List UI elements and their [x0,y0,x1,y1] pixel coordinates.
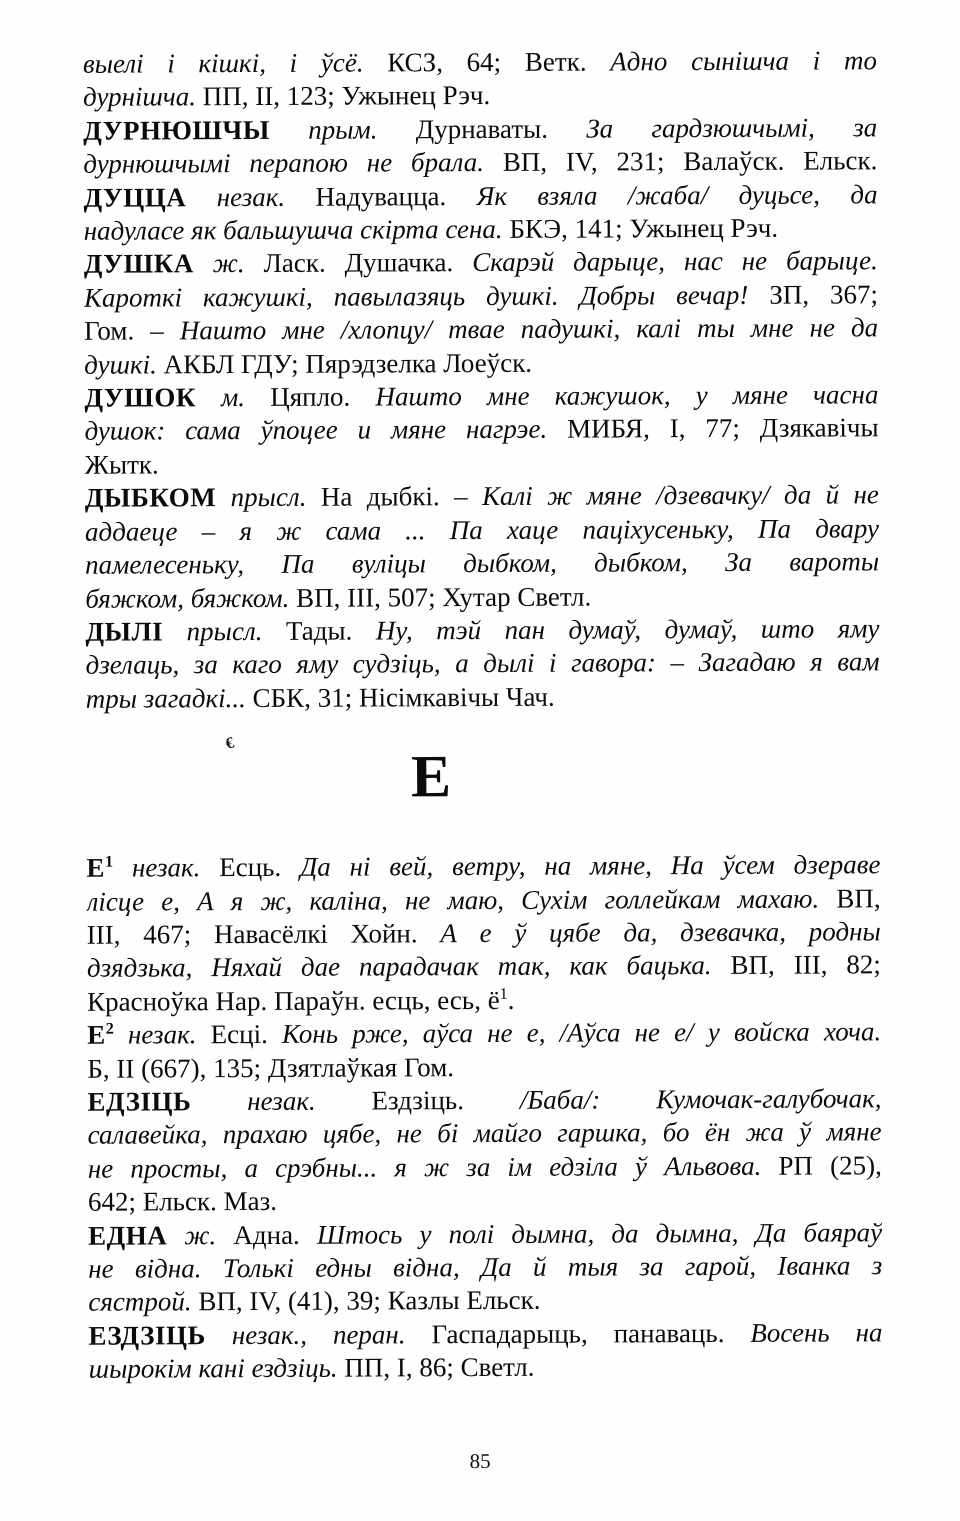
text-segment: Да ні вей, ветру, на мяне, На ўсем дзера… [300,849,881,882]
text-segment: ВП, III, 82; [711,950,880,981]
text-line: ДЫЛІ прысл. Тады. Ну, тэй пан думаў, дум… [85,612,879,649]
text-line: ДУРНЮШЧЫ прым. Дурнаваты. За гардзюшчымі… [83,111,877,148]
text-segment: аддаеце – я ж сама ... Па хаце паціхусен… [85,513,879,546]
text-segment: Б, II (667), 135; Дзятлаўкая Гом. [87,1052,454,1084]
text-line: ЕЗДЗІЦЬ незак., перан. Гаспадарыць, пана… [88,1316,882,1353]
text-segment: Красноўка Нар. Параўн. есць, есь, ё [87,985,500,1017]
text-segment: ДУРНЮШЧЫ [83,115,270,146]
text-segment: лісце е, А я ж, каліна, не маю, Сухім го… [87,883,820,916]
text-segment: незак., перан. [232,1319,406,1350]
text-segment: тры загадкі... [86,683,246,714]
text-line: ДУШКА ж. Ласк. Душачка. Скарэй дарыце, н… [84,245,878,282]
text-line: Кароткі кажушкі, павылазяць душкі. Добры… [84,278,878,315]
text-segment: бяжком, бяжком. [85,582,289,613]
text-segment: Нашто мне кажушок, у мяне часна [375,379,878,411]
text-segment: м. [221,382,245,412]
text-line: ЕДЗІЦЬ незак. Ездзіць. /Баба/: Кумочак-г… [87,1082,881,1119]
text-line: ДУШОК м. Цяпло. Нашто мне кажушок, у мян… [84,378,878,415]
text-segment: – Нашто мне /хлопцу/ твае падушкі, калі … [150,313,878,346]
text-line: надуласе як бальшушча скірта сена. БКЭ, … [84,211,878,248]
text-segment: Штось у полі дымна, да дымна, Да баяраў [317,1217,882,1249]
text-segment: На дыбкі. [306,481,454,512]
text-line: лісце е, А я ж, каліна, не маю, Сухім го… [87,882,881,919]
text-segment: салавейка, прахаю цябе, не бі майго гарш… [88,1117,882,1150]
text-line: тры загадкі... СБК, 31; Нісімкавічы Чач. [86,679,880,716]
text-segment: ж. [213,248,245,278]
text-segment [186,182,217,212]
text-segment: Есць. [200,852,300,882]
text-segment: ДУЦЦА [83,182,186,212]
dictionary-text-top: выелі і кішкі, і ўсё. КСЗ, 64; Ветк. Адн… [83,44,880,716]
text-line: дурнішча. ПП, II, 123; Ужынец Рэч. [83,78,877,115]
text-segment: Цяпло. [245,382,376,413]
text-segment: Скарэй дарыце, нас не барыце. [472,246,878,278]
text-segment: Адно сынішча і то [610,45,877,76]
text-line: аддаеце – я ж сама ... Па хаце паціхусен… [85,512,879,549]
text-segment: Конь рже, аўса не е, /Аўса не е/ у войск… [282,1016,881,1049]
text-segment: Ну, тэй пан думаў, думаў, што яму [376,613,880,645]
text-segment: ДУШКА [84,249,194,279]
text-line: бяжком, бяжком. ВП, III, 507; Хутар Свет… [85,579,879,616]
text-segment: Кароткі кажушкі, павылазяць душкі. Добры… [84,280,749,313]
text-line: салавейка, прахаю цябе, не бі майго гарш… [88,1116,882,1153]
text-segment: . [508,985,515,1015]
text-segment: /Баба/: Кумочак-галубочак, [520,1083,882,1115]
text-segment: Ездзіць. [316,1085,520,1116]
text-segment: 1 [500,985,508,1003]
text-segment: дурнюшчымі перапою не брала. [83,147,484,179]
text-segment: незак. [247,1086,316,1116]
text-segment: дзелаць, за каго яму судзіць, а дылі і г… [86,647,880,680]
page-content: выелі і кішкі, і ўсё. КСЗ, 64; Ветк. Адн… [83,44,883,1475]
text-segment [216,482,231,512]
text-segment: РП (25), [761,1150,882,1181]
text-line: не просты, а срэбны... я ж за ім едзіла … [88,1149,882,1186]
section-letter-heading: Е [34,745,828,808]
text-segment: ж. [184,1220,216,1250]
text-segment: душок: сама ўпоцее и мяне нагрэе. [84,414,547,446]
text-segment: прысл. [231,482,307,512]
text-segment: Дурнаваты. [377,113,586,144]
text-segment: МИБЯ, I, 77; Дзякавічы [547,413,879,444]
text-segment: ДУШОК [84,382,196,412]
text-segment: БКЭ, 141; Ужынец Рэч. [503,213,779,244]
text-segment: Восень на [750,1317,882,1348]
text-segment: ВП, IV, (41), 39; Казлы Ельск. [192,1285,541,1317]
text-line: ЕДНА ж. Адна. Штось у полі дымна, да дым… [88,1216,882,1253]
text-segment: III, 467; Навасёлкі Хойн. [87,918,441,950]
scanned-page: выелі і кішкі, і ўсё. КСЗ, 64; Ветк. Адн… [0,0,960,1521]
text-segment [167,1220,184,1250]
text-segment: сястрой. [88,1287,191,1317]
text-segment [163,616,187,646]
text-segment [206,1320,232,1350]
text-segment [194,249,213,279]
text-line: Красноўка Нар. Параўн. есць, есь, ё1. [87,982,881,1019]
text-segment: ЕДЗІЦЬ [87,1086,191,1116]
dictionary-text-bottom: Е1 незак. Есць. Да ні вей, ветру, на мян… [86,848,882,1386]
text-line: дзелаць, за каго яму судзіць, а дылі і г… [86,646,880,683]
text-segment: памелесеньку, Па вуліцы дыбком, дыбком, … [85,546,879,579]
text-segment: 642; Ельск. Маз. [88,1186,277,1217]
text-line: Е1 незак. Есць. Да ні вей, ветру, на мян… [86,848,880,885]
text-segment: Адна. [216,1219,317,1249]
text-segment: КСЗ, 64; Ветк. [364,46,611,77]
text-segment: прым. [308,114,377,144]
text-segment: ПП, II, 123; Ужынец Рэч. [196,80,490,111]
text-line: Жытк. [85,445,879,482]
text-segment [113,853,132,883]
text-line: сястрой. ВП, IV, (41), 39; Казлы Ельск. [88,1283,882,1320]
text-segment: ВП, [819,883,881,913]
section-break: € Е [86,712,881,851]
text-line: шырокім кані ездзіць. ПП, I, 86; Светл. [89,1349,883,1386]
text-segment: душкі. [84,349,157,379]
text-segment: За гардзюшчымі, за [586,112,877,143]
text-segment: Жытк. [85,449,159,479]
text-segment: ВП, III, 507; Хутар Светл. [289,581,591,612]
text-segment: прысл. [187,616,263,646]
text-segment: незак. [128,1019,197,1049]
text-segment: Гаспадарыць, панаваць. [405,1318,750,1350]
text-line: Б, II (667), 135; Дзятлаўкая Гом. [87,1049,881,1086]
text-segment: 2 [106,1020,114,1038]
text-segment: не просты, а срэбны... я ж за ім едзіла … [88,1151,762,1184]
text-segment: Тады. [262,615,376,645]
text-line: III, 467; Навасёлкі Хойн. А е ў цябе да,… [87,915,881,952]
page-number: 85 [83,1447,877,1475]
text-segment: не відна. Толькі едны відна, Да й тыя за… [88,1250,882,1283]
text-segment: А е ў цябе да, дзевачка, родны [440,916,881,948]
text-line: Е2 незак. Есці. Конь рже, аўса не е, /Аў… [87,1015,881,1052]
text-segment: – Калі ж мяне /дзевачку/ да й не [454,480,879,512]
text-segment: выелі і кішкі, і ўсё. [83,48,364,79]
text-segment: дзядзька, Няхай дае парадачак так, как б… [87,950,712,983]
text-segment: Е [87,1020,106,1050]
text-segment: незак. [217,181,286,211]
text-segment: шырокім кані ездзіць. [89,1353,338,1384]
text-segment: 1 [105,853,113,871]
text-segment [114,1020,128,1050]
text-line: душкі. АКБЛ ГДУ; Пярэдзелка Лоеўск. [84,345,878,382]
text-line: не відна. Толькі едны відна, Да й тыя за… [88,1249,882,1286]
text-line: ДЫБКОМ прысл. На дыбкі. – Калі ж мяне /д… [85,479,879,516]
text-line: дурнюшчымі перапою не брала. ВП, IV, 231… [83,144,877,181]
text-line: памелесеньку, Па вуліцы дыбком, дыбком, … [85,545,879,582]
text-segment: АКБЛ ГДУ; Пярэдзелка Лоеўск. [157,347,532,379]
text-segment: Гом. [84,316,150,346]
text-segment [196,382,221,412]
text-segment: ЗП, 367; [748,279,878,310]
text-line: 642; Ельск. Маз. [88,1182,882,1219]
text-segment: ПП, I, 86; Светл. [338,1352,535,1383]
text-segment: ДЫБКОМ [85,482,216,513]
text-segment: Ласк. Душачка. [245,247,473,278]
text-line: душок: сама ўпоцее и мяне нагрэе. МИБЯ, … [84,412,878,449]
text-line: дзядзька, Няхай дае парадачак так, как б… [87,949,881,986]
text-line: выелі і кішкі, і ўсё. КСЗ, 64; Ветк. Адн… [83,44,877,81]
text-segment: Як взяла /жаба/ дуцьсе, да [477,179,878,211]
text-segment: Есці. [196,1019,282,1049]
text-segment: СБК, 31; Нісімкавічы Чач. [246,681,555,712]
text-segment [270,115,308,145]
text-line: ДУЦЦА незак. Надувацца. Як взяла /жаба/ … [83,178,877,215]
text-segment: ВП, IV, 231; Валаўск. Ельск. [484,145,878,177]
text-segment: надуласе як бальшушча скірта сена. [84,214,503,246]
text-segment: ДЫЛІ [85,616,163,646]
text-segment: ЕЗДЗІЦЬ [88,1320,205,1351]
text-segment: дурнішча. [83,82,196,112]
text-segment: ЕДНА [88,1220,167,1250]
text-segment [191,1086,247,1116]
text-line: Гом. – Нашто мне /хлопцу/ твае падушкі, … [84,312,878,349]
text-segment: Надувацца. [285,181,477,212]
text-segment: незак. [132,852,201,882]
text-segment: Е [86,853,105,883]
